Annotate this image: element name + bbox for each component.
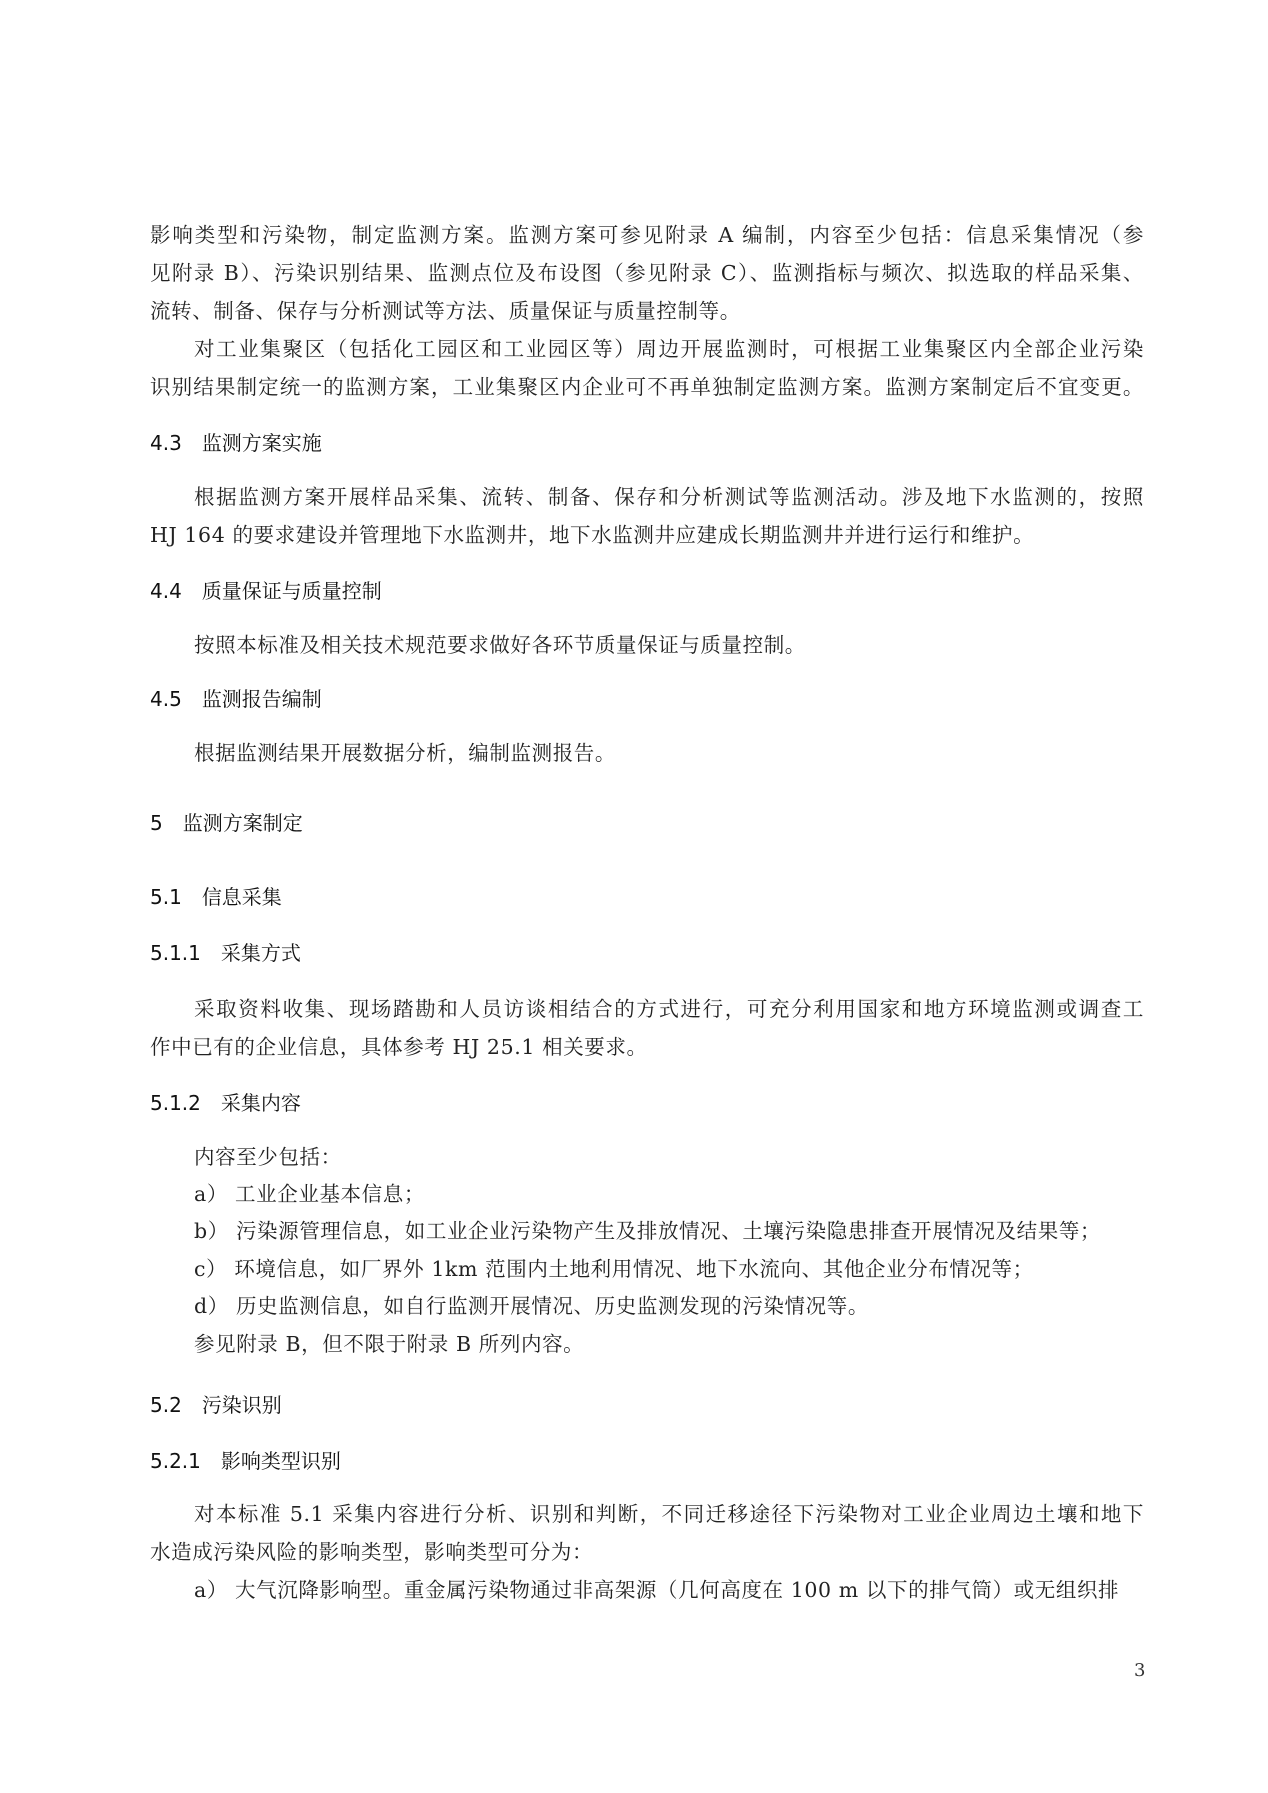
heading-5: 5监测方案制定: [150, 808, 303, 838]
heading-title: 监测方案制定: [183, 811, 303, 835]
heading-title: 采集方式: [221, 941, 301, 965]
heading-5-2-1: 5.2.1影响类型识别: [150, 1446, 341, 1476]
heading-title: 监测方案实施: [202, 431, 322, 455]
paragraph-line: 采取资料收集、现场踏勘和人员访谈相结合的方式进行，可充分利用国家和地方环境监测或…: [194, 994, 1144, 1024]
paragraph-line: 根据监测方案开展样品采集、流转、制备、保存和分析测试等监测活动。涉及地下水监测的…: [194, 482, 1144, 512]
list-item: a） 工业企业基本信息；: [194, 1179, 425, 1209]
paragraph-line: 流转、制备、保存与分析测试等方法、质量保证与质量控制等。: [150, 296, 741, 326]
list-item: c） 环境信息，如厂界外 1km 范围内土地利用情况、地下水流向、其他企业分布情…: [194, 1254, 1034, 1284]
heading-title: 影响类型识别: [221, 1449, 341, 1473]
heading-number: 5.1: [150, 882, 182, 912]
paragraph-line: 按照本标准及相关技术规范要求做好各环节质量保证与质量控制。: [194, 630, 806, 660]
list-item: d） 历史监测信息，如自行监测开展情况、历史监测发现的污染情况等。: [194, 1291, 869, 1321]
heading-number: 5.1.1: [150, 938, 201, 968]
paragraph-line: 识别结果制定统一的监测方案，工业集聚区内企业可不再单独制定监测方案。监测方案制定…: [150, 372, 1144, 402]
heading-4-3: 4.3监测方案实施: [150, 428, 322, 458]
heading-5-1-2: 5.1.2采集内容: [150, 1088, 301, 1118]
paragraph-line: 根据监测结果开展数据分析，编制监测报告。: [194, 738, 616, 768]
paragraph-line: 作中已有的企业信息，具体参考 HJ 25.1 相关要求。: [150, 1032, 648, 1062]
heading-4-4: 4.4质量保证与质量控制: [150, 576, 382, 606]
paragraph-line: 内容至少包括：: [194, 1142, 342, 1172]
heading-5-1: 5.1信息采集: [150, 882, 282, 912]
heading-number: 5.2: [150, 1390, 182, 1420]
heading-5-2: 5.2污染识别: [150, 1390, 282, 1420]
heading-number: 5: [150, 808, 163, 838]
heading-title: 监测报告编制: [202, 687, 322, 711]
heading-title: 采集内容: [221, 1091, 301, 1115]
paragraph-line: 影响类型和污染物，制定监测方案。监测方案可参见附录 A 编制，内容至少包括：信息…: [150, 220, 1144, 250]
paragraph-line: 见附录 B）、污染识别结果、监测点位及布设图（参见附录 C）、监测指标与频次、拟…: [150, 258, 1144, 288]
heading-5-1-1: 5.1.1采集方式: [150, 938, 301, 968]
paragraph-line: 参见附录 B，但不限于附录 B 所列内容。: [194, 1329, 584, 1359]
heading-number: 4.4: [150, 576, 182, 606]
paragraph-line: 对本标准 5.1 采集内容进行分析、识别和判断，不同迁移途径下污染物对工业企业周…: [194, 1499, 1144, 1529]
heading-number: 5.1.2: [150, 1088, 201, 1118]
heading-title: 信息采集: [202, 885, 282, 909]
heading-number: 5.2.1: [150, 1446, 201, 1476]
heading-4-5: 4.5监测报告编制: [150, 684, 322, 714]
heading-title: 污染识别: [202, 1393, 282, 1417]
paragraph-line: 对工业集聚区（包括化工园区和工业园区等）周边开展监测时，可根据工业集聚区内全部企…: [194, 334, 1144, 364]
heading-title: 质量保证与质量控制: [202, 579, 382, 603]
list-item: b） 污染源管理信息，如工业企业污染物产生及排放情况、土壤污染隐患排查开展情况及…: [194, 1216, 1101, 1246]
heading-number: 4.3: [150, 428, 182, 458]
document-page: 影响类型和污染物，制定监测方案。监测方案可参见附录 A 编制，内容至少包括：信息…: [0, 0, 1268, 1793]
paragraph-line: 水造成污染风险的影响类型，影响类型可分为：: [150, 1537, 593, 1567]
paragraph-line: HJ 164 的要求建设并管理地下水监测井，地下水监测井应建成长期监测井并进行运…: [150, 520, 1034, 550]
page-number: 3: [1134, 1660, 1145, 1681]
list-item: a） 大气沉降影响型。重金属污染物通过非高架源（几何高度在 100 m 以下的排…: [194, 1575, 1119, 1605]
heading-number: 4.5: [150, 684, 182, 714]
